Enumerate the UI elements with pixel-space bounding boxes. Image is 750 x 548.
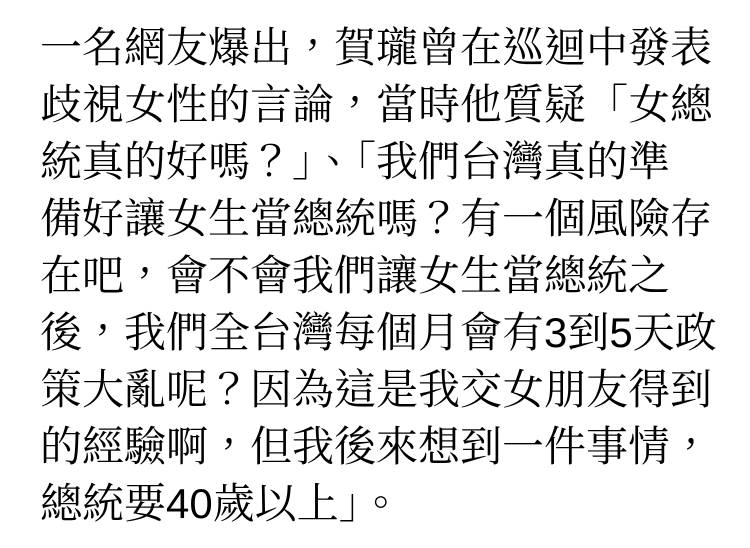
paragraph-line: 策大亂呢？因為這是我交女朋友得到 <box>40 361 730 418</box>
article-text: 一名網友爆出，賀瓏曾在巡迴中發表 歧視女性的言論，當時他質疑「女總 統真的好嗎？… <box>0 0 750 532</box>
paragraph-line: 備好讓女生當總統嗎？有一個風險存 <box>40 190 730 247</box>
paragraph-line: 一名網友爆出，賀瓏曾在巡迴中發表 <box>40 19 730 76</box>
paragraph-line: 歧視女性的言論，當時他質疑「女總 <box>40 76 730 133</box>
paragraph-line: 在吧，會不會我們讓女生當總統之 <box>40 247 730 304</box>
paragraph-line: 統真的好嗎？」、「我們台灣真的準 <box>40 133 730 190</box>
paragraph-line: 後，我們全台灣每個月會有3到5天政 <box>40 304 730 361</box>
paragraph-line: 總統要40歲以上」。 <box>40 475 730 532</box>
paragraph-line: 的經驗啊，但我後來想到一件事情， <box>40 418 730 475</box>
